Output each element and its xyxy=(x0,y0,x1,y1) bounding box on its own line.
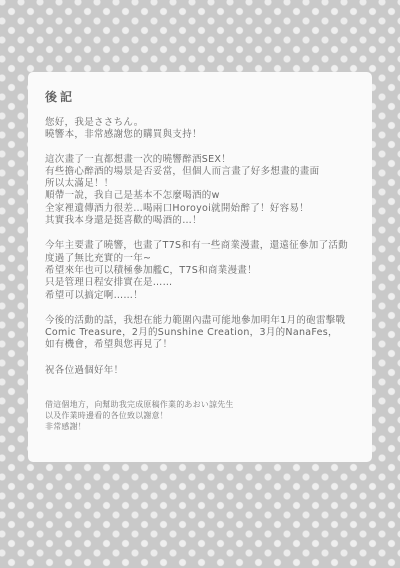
text-line: 順帶一說，我自己是基本不怎麼喝酒的w xyxy=(45,190,364,202)
text-line: 今後的活動的話，我想在能力範圍內盡可能地參加明年1月的砲雷擊戰 xyxy=(45,315,364,327)
text-line: 只是管理日程安排實在是…… xyxy=(45,277,364,289)
text-line: 以及作業時邊看的各位致以謝意！ xyxy=(45,410,364,421)
text-line: 祝各位過個好年！ xyxy=(45,365,364,377)
greeting-paragraph: 您好，我是ささちん。 曉響本，非常感謝您的購買與支持！ xyxy=(45,117,364,142)
year-review-paragraph: 今年主要畫了曉響，也畫了T7S和有一些商業漫畫，還遠征參加了活動 度過了無比充實… xyxy=(45,240,364,301)
text-line: 借這個地方，向幫助我完成原稿作業的あおい諒先生 xyxy=(45,399,364,410)
future-events-paragraph: 今後的活動的話，我想在能力範圍內盡可能地參加明年1月的砲雷擊戰 Comic Tr… xyxy=(45,315,364,352)
text-line: 這次畫了一直都想畫一次的曉響醉酒SEX！ xyxy=(45,154,364,166)
page-title: 後記 xyxy=(45,88,364,105)
thanks-note: 借這個地方，向幫助我完成原稿作業的あおい諒先生 以及作業時邊看的各位致以謝意！ … xyxy=(45,399,364,432)
text-line: 您好，我是ささちん。 xyxy=(45,117,364,129)
text-line: 曉響本，非常感謝您的購買與支持！ xyxy=(45,129,364,141)
book-comment-paragraph: 這次畫了一直都想畫一次的曉響醉酒SEX！ 有些擔心醉酒的場景是否妥當，但個人而言… xyxy=(45,154,364,228)
text-line: 希望可以搞定啊……！ xyxy=(45,290,364,302)
text-line: 度過了無比充實的一年~ xyxy=(45,253,364,265)
new-year-wish-paragraph: 祝各位過個好年！ xyxy=(45,365,364,377)
text-line: 如有機會，希望與您再見了！ xyxy=(45,339,364,351)
text-line: 有些擔心醉酒的場景是否妥當，但個人而言畫了好多想畫的畫面 xyxy=(45,166,364,178)
text-line: 希望來年也可以積極參加艦C，T7S和商業漫畫！ xyxy=(45,265,364,277)
text-line: 其實我本身還是挺喜歡的喝酒的…！ xyxy=(45,215,364,227)
text-line: 非常感謝！ xyxy=(45,421,364,432)
text-line: Comic Treasure，2月的Sunshine Creation，3月的N… xyxy=(45,327,364,339)
text-line: 全家裡遺傳酒力很差…喝兩口Horoyoi就開始醉了！好容易！ xyxy=(45,203,364,215)
text-line: 今年主要畫了曉響，也畫了T7S和有一些商業漫畫，還遠征參加了活動 xyxy=(45,240,364,252)
afterword-panel: 後記 您好，我是ささちん。 曉響本，非常感謝您的購買與支持！ 這次畫了一直都想畫… xyxy=(28,72,372,462)
text-line: 所以太滿足！！ xyxy=(45,178,364,190)
